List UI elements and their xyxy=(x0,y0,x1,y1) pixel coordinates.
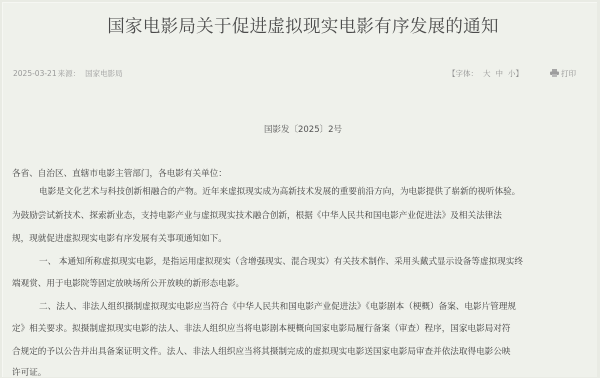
font-size-small[interactable]: 小 xyxy=(508,69,516,78)
print-button[interactable]: 打印 xyxy=(550,68,576,79)
font-size-medium[interactable]: 中 xyxy=(496,69,504,78)
body-line: 定》相关要求。拟摄制虚拟现实电影的法人、非法人组织应当将电影剧本梗概向国家电影局… xyxy=(12,322,510,334)
body-line: 一、 本通知所称虚拟现实电影，是指运用虚拟现实（含增强现实、混合现实）有关技术制… xyxy=(39,255,523,267)
printer-icon xyxy=(550,69,559,77)
body-line: 合规定的予以公告并出具备案证明文件。法人、非法人组织应当将其摄制完成的虚拟现实电… xyxy=(12,345,510,357)
font-size-close: 】 xyxy=(516,69,524,78)
body-line: 许可证。 xyxy=(12,366,46,376)
print-label: 打印 xyxy=(561,69,576,78)
document-number: 国影发〔2025〕2号 xyxy=(3,123,600,135)
article-title: 国家电影局关于促进虚拟现实电影有序发展的通知 xyxy=(3,13,600,38)
publish-date: 2025-03-21 xyxy=(13,69,57,78)
font-size-large[interactable]: 大 xyxy=(483,69,491,78)
body-line: 二、法人、非法人组织摄制虚拟现实电影应当符合《中华人民共和国电影产业促进法》《电… xyxy=(39,300,516,312)
body-line: 为鼓励尝试新技术、探索新业态，支持电影产业与虚拟现实技术融合创新，根据《中华人民… xyxy=(12,209,502,221)
salutation: 各省、自治区、直辖市电影主管部门，各电影有关单位： xyxy=(12,167,227,179)
source-label: 来源： xyxy=(58,69,81,78)
body-line: 电影是文化艺术与科技创新相融合的产物。近年来虚拟现实成为高新技术发展的重要前沿方… xyxy=(39,185,520,197)
source-name: 国家电影局 xyxy=(85,69,123,78)
article-meta: 2025-03-21来源：国家电影局 xyxy=(13,68,123,79)
body-line: 端观赏、用于电影院等固定放映场所公开放映的新形态电影。 xyxy=(12,277,244,289)
article-tools: 【字体：大中小】 打印 xyxy=(448,68,523,79)
article-page: 国家电影局关于促进虚拟现实电影有序发展的通知 2025-03-21来源：国家电影… xyxy=(2,2,597,376)
font-size-label: 【字体： xyxy=(448,69,478,78)
body-line: 规，现就促进虚拟现实电影有序发展有关事项通知如下。 xyxy=(12,232,227,244)
